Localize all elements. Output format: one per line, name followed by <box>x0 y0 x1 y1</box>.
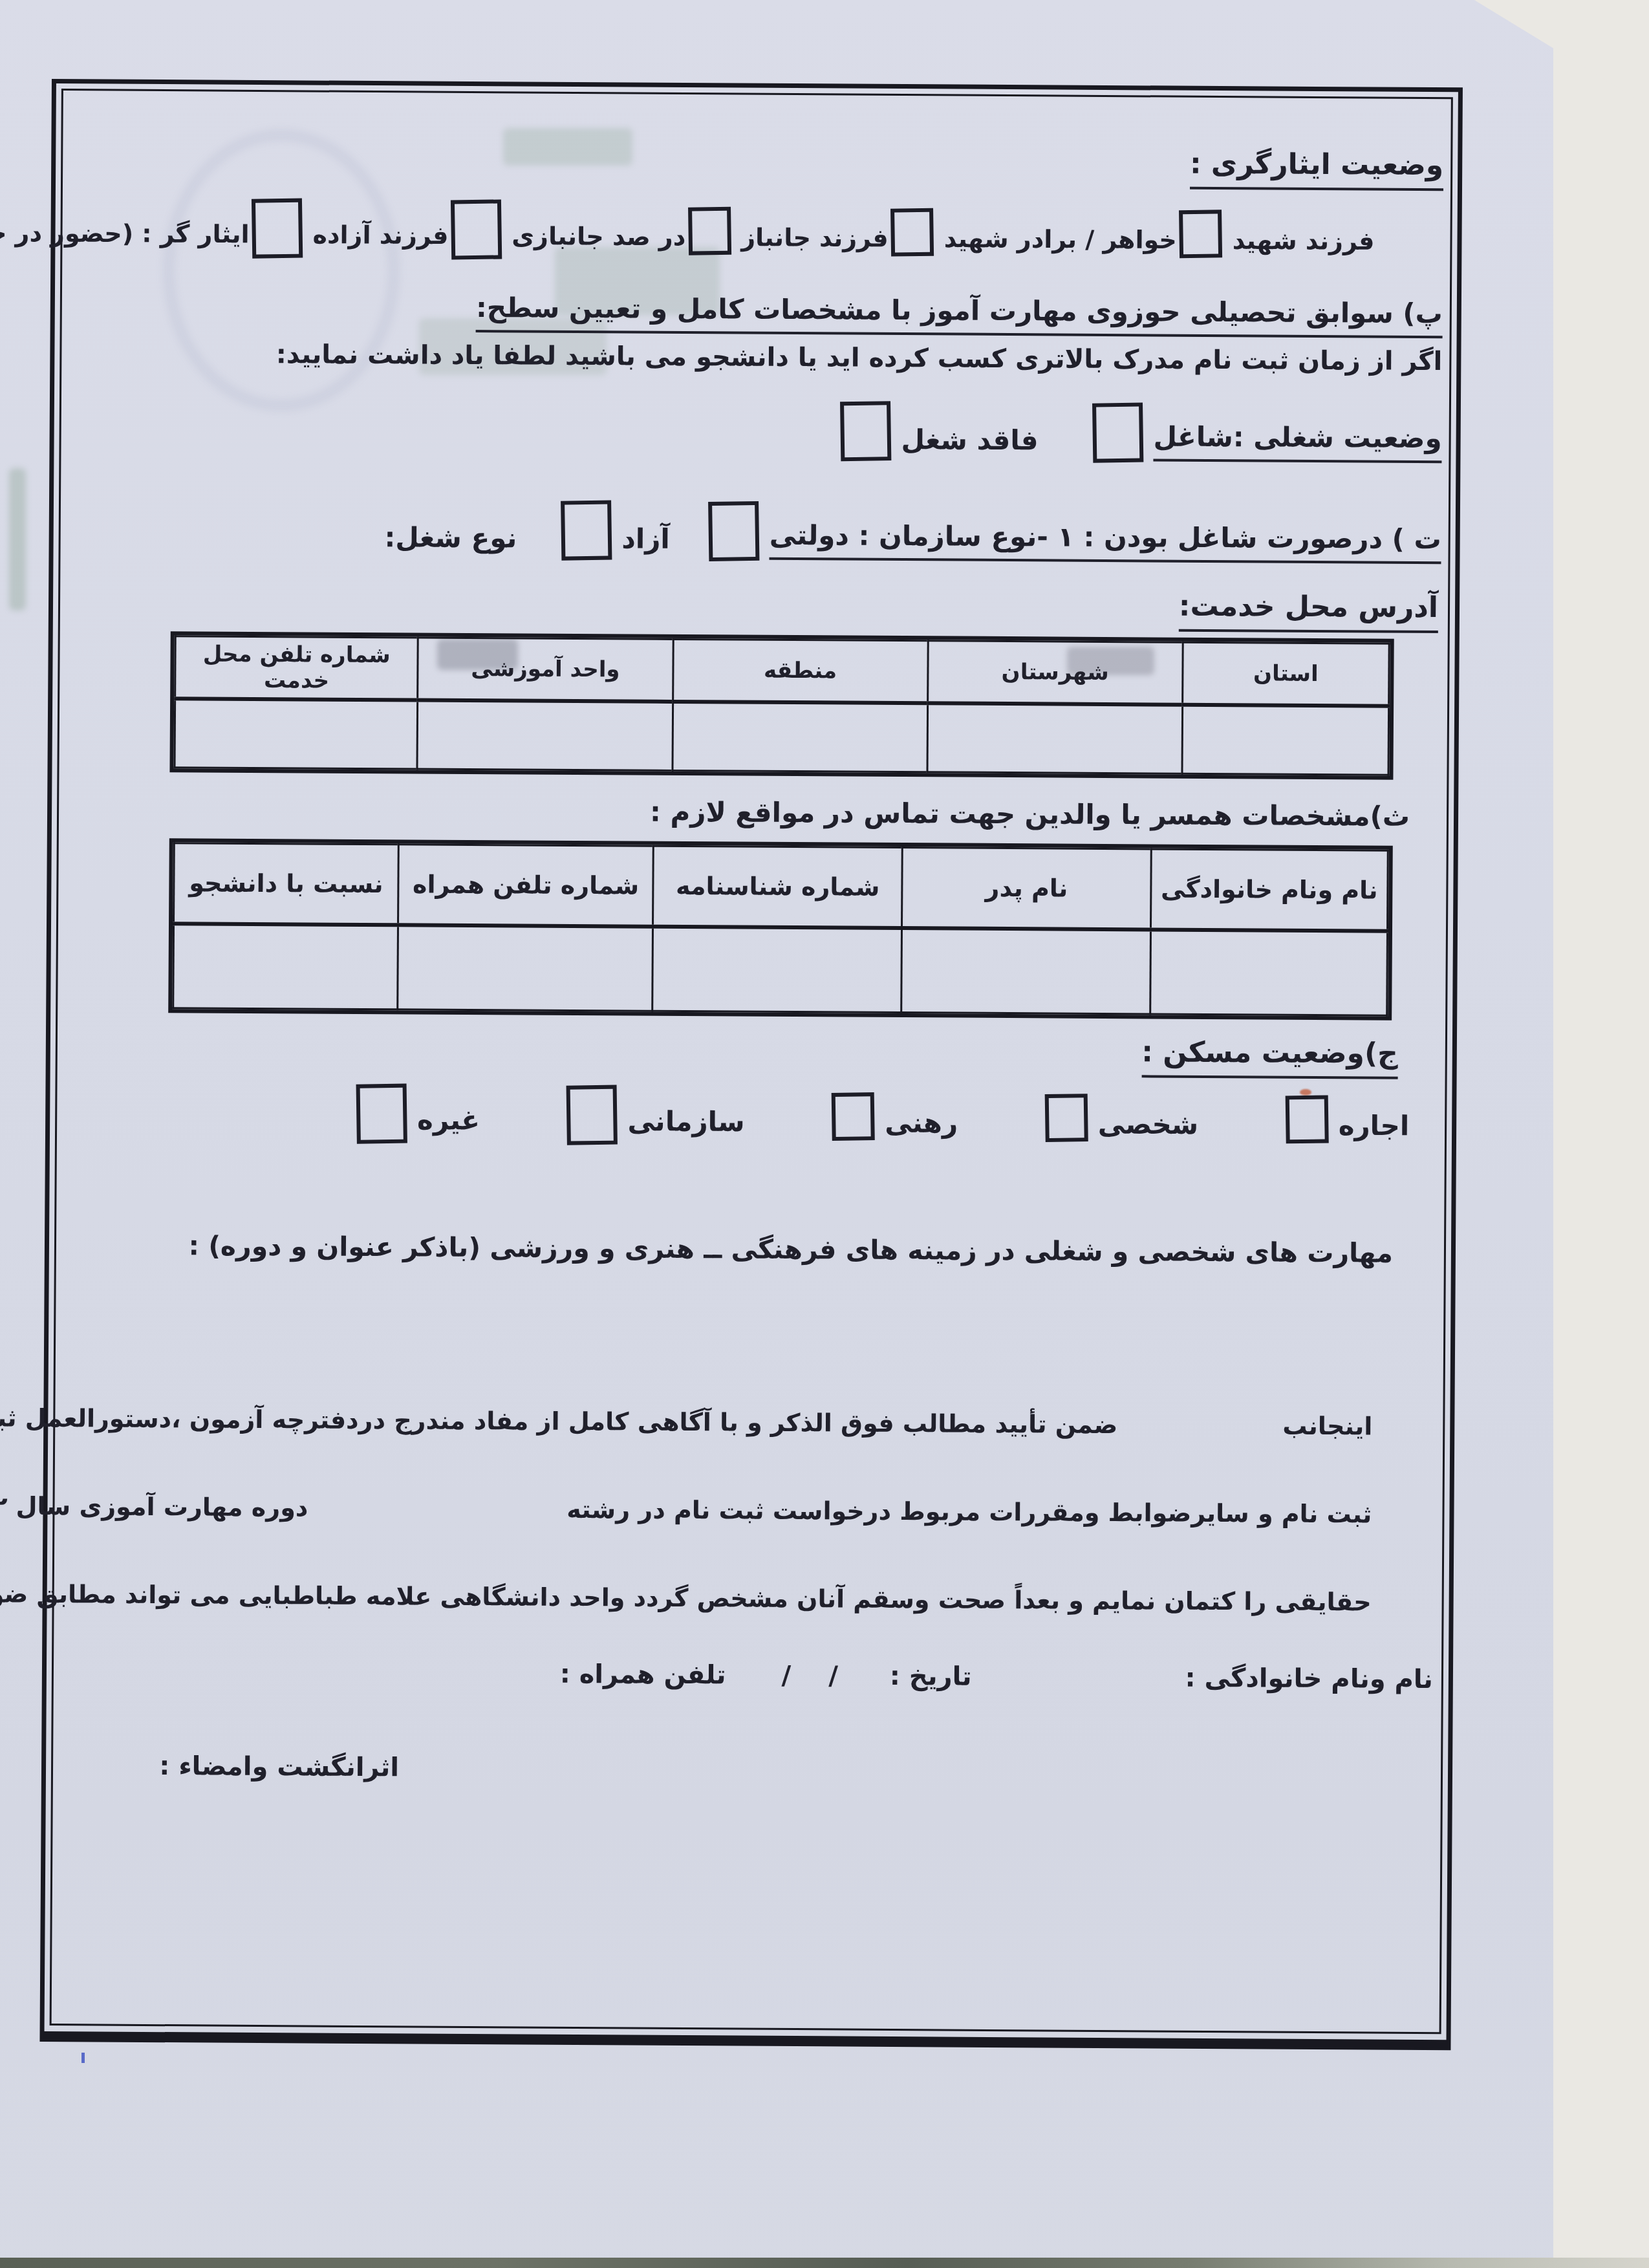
table-cell-relation[interactable] <box>173 923 398 1010</box>
workplace-table-wrap: استان شهرستان منطقه واحد آموزشی شماره تل… <box>169 631 1394 780</box>
housing-options-row: اجاره شخصی رهنی سازمانی غیره <box>354 1092 1410 1158</box>
housing-option-label: اجاره <box>1339 1110 1410 1142</box>
checkbox-organizational[interactable] <box>566 1085 618 1145</box>
contacts-table-header-row: نام ونام خانوادگی نام پدر شماره شناسنامه… <box>174 843 1388 931</box>
veteran-option-label: خواهر / برادر شهید <box>944 224 1177 254</box>
column-header-province: استان <box>1183 642 1390 706</box>
checkbox-unemployed[interactable] <box>840 401 891 461</box>
checkbox-employed[interactable] <box>1092 403 1143 463</box>
employment-status-row: وضعیت شغلی :شاغل فاقد شغل <box>837 409 1442 472</box>
column-header-workplace-phone: شماره تلفن محل خدمت <box>175 636 418 700</box>
table-cell-id-number[interactable] <box>652 927 902 1013</box>
declaration-line2-end: دوره مهارت آموزی سال ۱۴۰۲ را دارم چنانچه <box>0 1490 308 1522</box>
veteran-option: فرزند جانباز <box>685 215 889 264</box>
workplace-address-section: آدرس محل خدمت: <box>1179 590 1438 624</box>
veteran-option-label: ایثار گر : (حضور در جبهه سه ماه و بالاتر <box>0 217 250 249</box>
housing-option-label: شخصی <box>1098 1108 1199 1140</box>
housing-section: ج)وضعیت مسکن : <box>1141 1035 1398 1070</box>
column-header-educational-unit: واحد آموزشی <box>418 638 673 702</box>
signature-row: نام ونام خانوادگی : تاریخ : / / تلفن همر… <box>560 1659 1433 1694</box>
unemployed-label: فاقد شغل <box>901 424 1038 456</box>
education-history-section: پ) سوابق تحصیلی حوزوی مهارت آموز با مشخص… <box>476 292 1443 329</box>
scanned-page: وضعیت ایثارگری : فرزند شهید خواهر / براد… <box>0 0 1649 2268</box>
field-of-study-fill-in-blank[interactable] <box>308 1507 566 1509</box>
contacts-table-row <box>173 923 1388 1015</box>
table-cell-county[interactable] <box>927 703 1183 773</box>
workplace-table-header-row: استان شهرستان منطقه واحد آموزشی شماره تل… <box>175 636 1390 706</box>
veteran-option-label: فرزند آزاده <box>313 221 449 250</box>
job-type-fill-in-blank[interactable] <box>242 536 385 537</box>
column-header-district: منطقه <box>673 639 928 703</box>
organization-type-row: ت ) درصورت شاغل بودن : ۱ -نوع سازمان : د… <box>242 506 1441 573</box>
education-history-title: پ) سوابق تحصیلی حوزوی مهارت آموز با مشخص… <box>476 292 1443 338</box>
pen-mark <box>81 2053 85 2063</box>
checkbox-disability-percent[interactable] <box>451 199 502 259</box>
scan-edge-shadow <box>0 2258 1649 2268</box>
column-header-id-number: شماره شناسنامه <box>653 846 903 928</box>
checkbox-child-of-disabled-veteran[interactable] <box>688 207 731 255</box>
date-slash: / <box>828 1661 838 1690</box>
column-header-mobile-number: شماره تلفن همراه <box>398 845 654 927</box>
signer-name-fill-in-blank[interactable] <box>972 1677 1185 1678</box>
declaration-line-2: ثبت نام و سایرضوابط ومقررات مربوط درخواس… <box>99 1492 1372 1528</box>
skills-label: مهارت های شخصی و شغلی در زمینه های فرهنگ… <box>188 1230 1393 1268</box>
table-cell-district[interactable] <box>673 702 928 772</box>
table-cell-workplace-phone[interactable] <box>175 698 418 769</box>
date-year-fill-in-blank[interactable] <box>726 1675 782 1676</box>
veteran-status-title: وضعیت ایثارگری : <box>1190 147 1444 191</box>
employment-status-title: وضعیت شغلی :شاغل <box>1153 420 1441 463</box>
fingerprint-signature-label: اثرانگشت وامضاء : <box>159 1751 399 1782</box>
housing-option: غیره <box>354 1092 480 1152</box>
mobile-phone-label: تلفن همراه : <box>560 1659 726 1690</box>
veteran-options-row: فرزند شهید خواهر / برادر شهید فرزند جانب… <box>140 206 1375 273</box>
veteran-option: خواهر / برادر شهید <box>888 216 1176 266</box>
checkbox-free[interactable] <box>561 500 612 560</box>
education-note: اگر از زمان ثبت نام مدرک بالاتری کسب کرد… <box>276 340 1443 376</box>
scanner-background-strip <box>1553 0 1649 2259</box>
table-cell-father-name[interactable] <box>901 928 1151 1014</box>
table-cell-mobile-number[interactable] <box>398 925 653 1011</box>
declaration-line1-text: ضمن تأیید مطالب فوق الذکر و با آگاهی کام… <box>0 1403 1117 1439</box>
checkbox-other-housing[interactable] <box>356 1084 407 1144</box>
signer-name-label: نام ونام خانوادگی : <box>1185 1663 1434 1694</box>
housing-option-label: سازمانی <box>627 1105 745 1138</box>
veteran-option: فرزند شهید <box>1177 218 1375 267</box>
date-slash: / <box>781 1661 791 1690</box>
contacts-table: نام ونام خانوادگی نام پدر شماره شناسنامه… <box>172 842 1389 1016</box>
veteran-option: ایثار گر : (حضور در جبهه سه ماه و بالاتر <box>0 209 250 260</box>
declaration-line2-text: ثبت نام و سایرضوابط ومقررات مربوط درخواس… <box>566 1495 1372 1529</box>
housing-option: سازمانی <box>564 1093 745 1154</box>
veteran-option: فرزند آزاده <box>249 206 448 267</box>
declaration-line-3: حقایقی را کتمان نمایم و بعداً صحت وسقم آ… <box>99 1580 1372 1616</box>
checkbox-child-of-martyr[interactable] <box>1179 210 1222 258</box>
veteran-option-label: فرزند جانباز <box>741 223 889 252</box>
job-type-label: نوع شغل: <box>384 521 517 554</box>
housing-option: شخصی <box>1042 1101 1199 1150</box>
veteran-option-label: در صد جانبازی <box>512 222 685 252</box>
veteran-status-section: وضعیت ایثارگری : <box>1190 147 1443 182</box>
veteran-option-label: فرزند شهید <box>1233 226 1375 255</box>
table-cell-province[interactable] <box>1182 705 1389 775</box>
checkbox-rent[interactable] <box>1285 1095 1328 1143</box>
free-org-label: آزاد <box>621 523 670 554</box>
housing-option: رهنی <box>829 1100 958 1149</box>
column-header-fullname: نام ونام خانوادگی <box>1150 849 1388 931</box>
housing-option-label: غیره <box>417 1104 480 1136</box>
column-header-county: شهرستان <box>927 641 1183 705</box>
checkbox-child-of-freed-pow[interactable] <box>252 199 303 259</box>
checkbox-mortgage[interactable] <box>832 1092 875 1141</box>
contacts-table-wrap: نام ونام خانوادگی نام پدر شماره شناسنامه… <box>168 838 1393 1021</box>
organization-type-title: ت ) درصورت شاغل بودن : ۱ -نوع سازمان : د… <box>770 519 1441 563</box>
table-cell-educational-unit[interactable] <box>417 700 673 770</box>
form-border-frame: وضعیت ایثارگری : فرزند شهید خواهر / براد… <box>39 79 1462 2050</box>
workplace-table: استان شهرستان منطقه واحد آموزشی شماره تل… <box>173 635 1390 775</box>
ink-bleed-smudge <box>9 468 26 610</box>
veteran-option: در صد جانبازی <box>448 208 685 268</box>
housing-option: اجاره <box>1282 1103 1409 1152</box>
declaration-i-undersigned: اینجانب <box>1282 1412 1372 1441</box>
table-cell-fullname[interactable] <box>1150 929 1388 1015</box>
workplace-address-title: آدرس محل خدمت: <box>1179 590 1439 633</box>
column-header-father-name: نام پدر <box>902 848 1152 930</box>
workplace-table-row <box>175 698 1389 775</box>
column-header-relation: نسبت با دانشجو <box>174 843 399 925</box>
name-fill-in-blank[interactable] <box>1117 1425 1282 1426</box>
housing-option-label: رهنی <box>885 1107 958 1139</box>
housing-title: ج)وضعیت مسکن : <box>1141 1035 1398 1079</box>
checkbox-personal[interactable] <box>1044 1094 1088 1142</box>
checkbox-sibling-of-martyr[interactable] <box>890 208 934 257</box>
declaration-line-1: اینجانب ضمن تأیید مطالب فوق الذکر و با آ… <box>100 1404 1372 1440</box>
date-label: تاریخ : <box>890 1661 972 1692</box>
checkbox-governmental[interactable] <box>708 501 759 561</box>
contacts-section-title: ث)مشخصات همسر یا والدین جهت تماس در مواق… <box>650 796 1410 832</box>
scanned-form-document: { "colors": { "paper": "#d7dae6", "ink":… <box>0 0 1649 2268</box>
